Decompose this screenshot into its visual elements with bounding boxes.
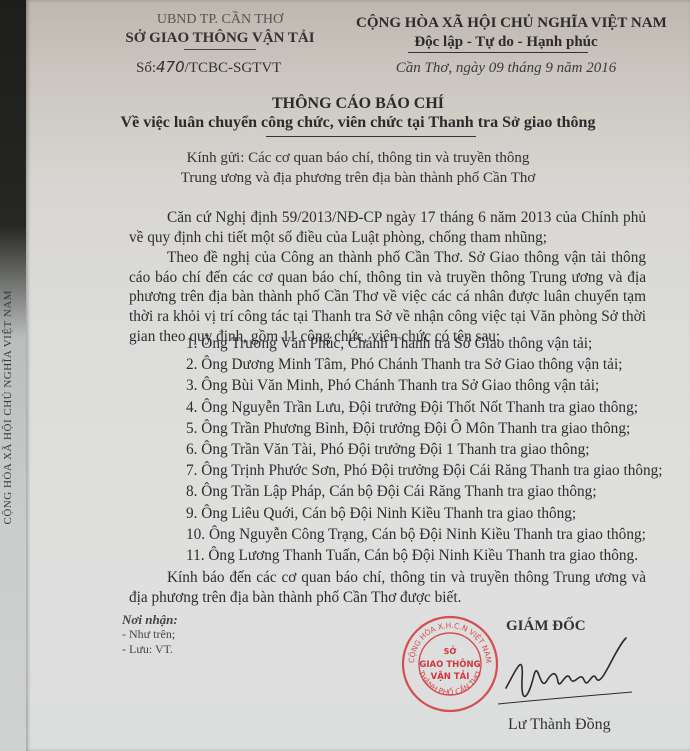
svg-text:GIAO THÔNG: GIAO THÔNG (419, 658, 480, 670)
receiver-item: - Lưu: VT. (122, 642, 178, 657)
list-item: 6. Ông Trần Văn Tài, Phó Đội trưởng Đội … (186, 439, 663, 460)
recipient-line-2: Trung ương và địa phương trên địa bàn th… (26, 170, 690, 187)
issuing-department: SỞ GIAO THÔNG VẬN TẢI (120, 30, 320, 47)
subtitle-underline (266, 136, 476, 137)
document-number: Số:470/TCBC-SGTVT (136, 58, 281, 77)
svg-text:SỞ: SỞ (444, 644, 457, 656)
list-item: 4. Ông Nguyễn Trần Lưu, Đội trưởng Đội T… (186, 397, 663, 418)
list-item: 3. Ông Bùi Văn Minh, Phó Chánh Thanh tra… (186, 375, 663, 396)
official-stamp-icon: CỘNG HÒA X.H.C.N VIỆT NAM THÀNH PHỐ CẦN … (400, 614, 500, 714)
document-subtitle: Về việc luân chuyển công chức, viên chức… (26, 114, 690, 132)
list-item: 5. Ông Trần Phương Bình, Đội trưởng Đội … (186, 418, 663, 439)
doc-number-prefix: Số: (136, 60, 156, 76)
recipient-line-1: Kính gửi: Các cơ quan báo chí, thông tin… (26, 150, 690, 167)
document-title: THÔNG CÁO BÁO CHÍ (26, 95, 690, 113)
paragraph-announcement: Theo đề nghị của Công an thành phố Cần T… (129, 248, 646, 347)
national-title: CỘNG HÒA XÃ HỘI CHỦ NGHĨA VIỆT NAM (356, 15, 656, 32)
list-item: 9. Ông Liêu Quới, Cán bộ Đội Ninh Kiều T… (186, 503, 663, 524)
handwritten-signature-icon (496, 630, 636, 720)
officials-list: 1. Ông Trương Văn Phúc, Chánh Thanh tra … (186, 333, 663, 566)
place-date: Cần Thơ, ngày 09 tháng 9 năm 2016 (356, 60, 656, 77)
list-item: 10. Ông Nguyễn Công Trạng, Cán bộ Đội Ni… (186, 524, 663, 545)
receivers-heading: Nơi nhận: (122, 612, 178, 627)
receiver-item: - Như trên; (122, 627, 178, 642)
doc-number-suffix: /TCBC-SGTVT (185, 60, 282, 76)
list-item: 2. Ông Dương Minh Tâm, Phó Chánh Thanh t… (186, 354, 663, 375)
list-item: 8. Ông Trần Lập Pháp, Cán bộ Đội Cái Răn… (186, 481, 663, 502)
list-item: 1. Ông Trương Văn Phúc, Chánh Thanh tra … (186, 333, 663, 354)
signer-name: Lư Thành Đồng (508, 716, 611, 734)
underlying-page: CỘNG HÒA XÃ HỘI CHỦ NGHĨA VIỆT NAM (0, 0, 26, 751)
paragraph-legal-basis: Căn cứ Nghị định 59/2013/NĐ-CP ngày 17 t… (129, 208, 646, 247)
issuing-authority: UBND TP. CẦN THƠ (120, 12, 320, 28)
motto-underline (408, 52, 588, 53)
doc-number-handwritten: 470 (156, 58, 185, 76)
list-item: 7. Ông Trịnh Phước Sơn, Phó Đội trưởng Đ… (186, 460, 663, 481)
national-motto: Độc lập - Tự do - Hạnh phúc (356, 34, 656, 51)
document-page: UBND TP. CẦN THƠ SỞ GIAO THÔNG VẬN TẢI S… (26, 0, 690, 751)
closing-paragraph: Kính báo đến các cơ quan báo chí, thông … (129, 568, 646, 607)
header-underline (184, 49, 256, 50)
svg-text:VẬN TẢI: VẬN TẢI (431, 670, 470, 682)
receivers-block: Nơi nhận: - Như trên; - Lưu: VT. (122, 612, 178, 657)
list-item: 11. Ông Lương Thanh Tuấn, Cán bộ Đội Nin… (186, 545, 663, 566)
underlying-page-text: CỘNG HÒA XÃ HỘI CHỦ NGHĨA VIỆT NAM (2, 290, 14, 524)
